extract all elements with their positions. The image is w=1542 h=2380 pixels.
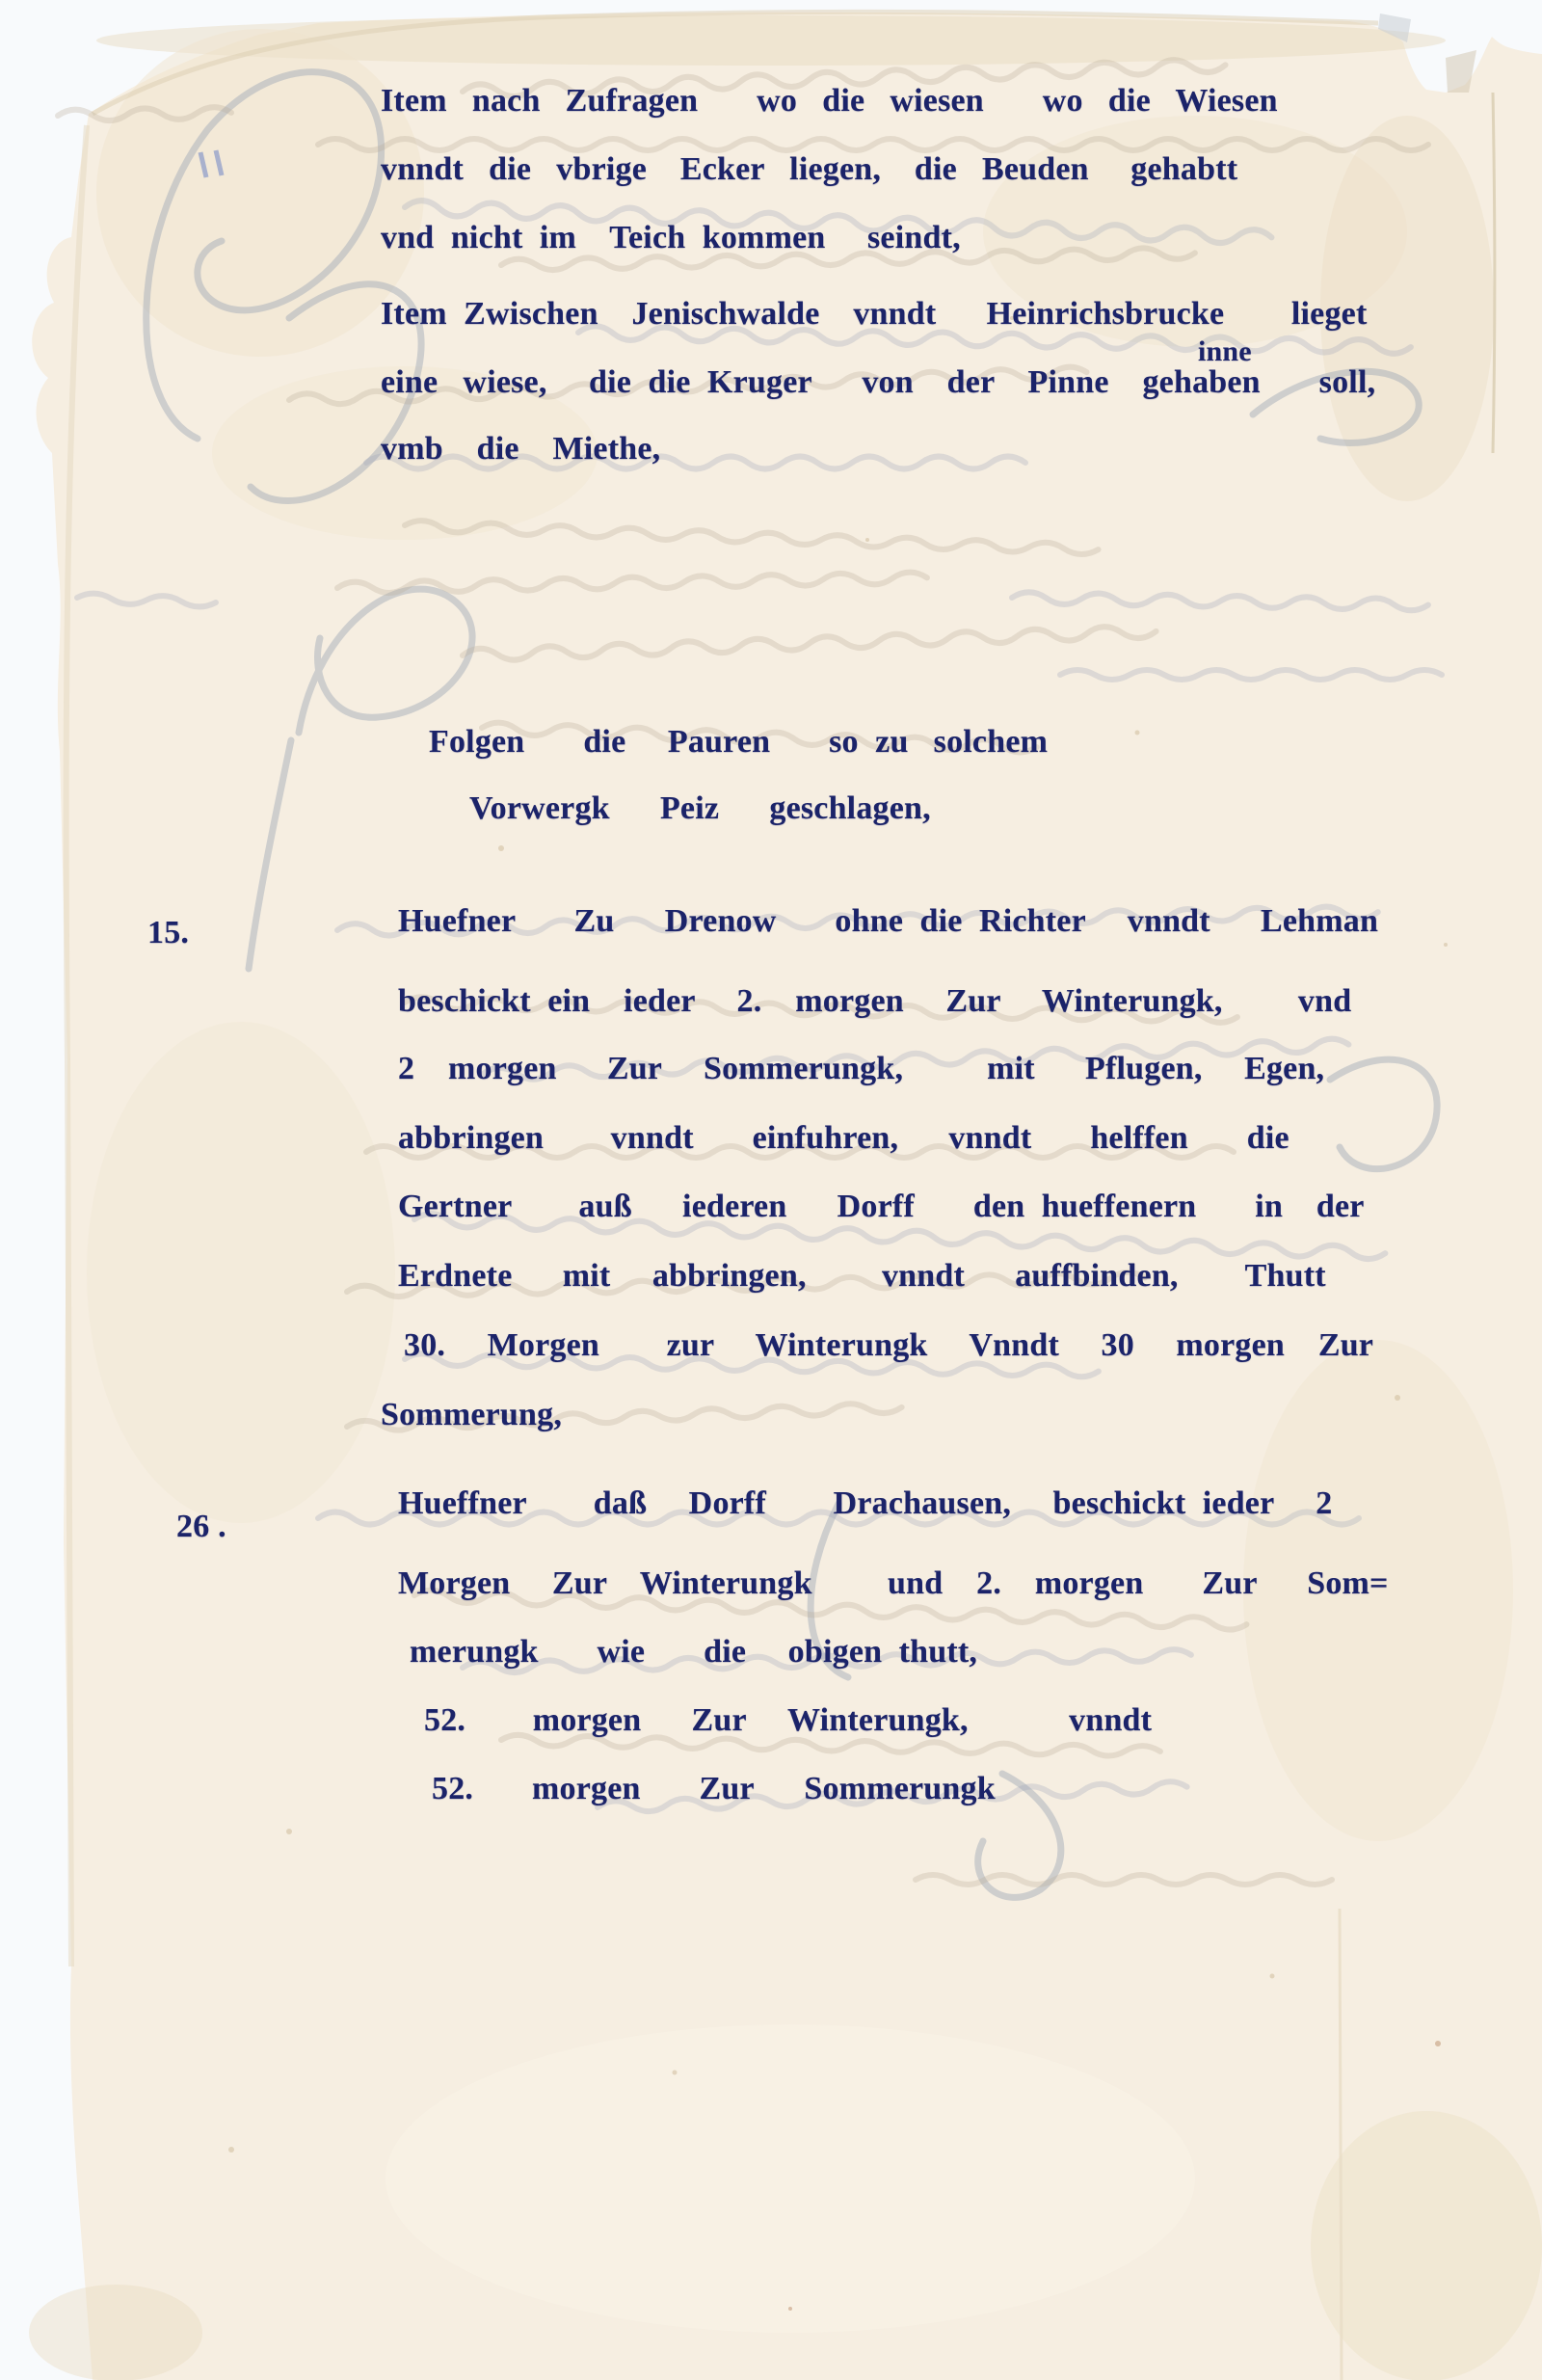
text-line: Erdnete mit abbringen, vnndt auffbinden,…	[398, 1257, 1326, 1296]
text-line: vnndt die vbrige Ecker liegen, die Beude…	[381, 150, 1237, 189]
text-line: 30. Morgen zur Winterungk Vnndt 30 morge…	[404, 1326, 1373, 1365]
text-line: Morgen Zur Winterungk und 2. morgen Zur …	[398, 1564, 1389, 1603]
text-line: 52. morgen Zur Sommerungk	[432, 1770, 996, 1808]
text-line: 2 morgen Zur Sommerungk, mit Pflugen, Eg…	[398, 1050, 1324, 1088]
text-line: abbringen vnndt einfuhren, vnndt helffen…	[398, 1119, 1289, 1158]
text-line: Item nach Zufragen wo die wiesen wo die …	[381, 82, 1278, 120]
entry-number: 15.	[147, 914, 189, 952]
entry-number: 26 .	[176, 1508, 226, 1546]
text-line: beschickt ein ieder 2. morgen Zur Winter…	[398, 982, 1351, 1021]
text-line: eine wiese, die die Kruger von der Pinne…	[381, 363, 1375, 402]
transcription-layer: Item nach Zufragen wo die wiesen wo die …	[0, 0, 1542, 2380]
text-line: vnd nicht im Teich kommen seindt,	[381, 219, 961, 257]
text-line: Hueffner daß Dorff Drachausen, beschickt…	[398, 1484, 1332, 1523]
text-line: Item Zwischen Jenischwalde vnndt Heinric…	[381, 295, 1367, 334]
scanned-manuscript-page: Item nach Zufragen wo die wiesen wo die …	[0, 0, 1542, 2380]
text-line: Huefner Zu Drenow ohne die Richter vnndt…	[398, 902, 1378, 941]
text-line: Sommerung,	[381, 1396, 562, 1434]
text-line: merungk wie die obigen thutt,	[410, 1633, 977, 1671]
section-heading-line: Vorwergk Peiz geschlagen,	[469, 789, 931, 828]
text-line: Gertner auß iederen Dorff den hueffenern…	[398, 1188, 1365, 1226]
section-heading-line: Folgen die Pauren so zu solchem	[429, 723, 1048, 762]
text-line: vmb die Miethe,	[381, 430, 660, 468]
text-line: 52. morgen Zur Winterungk, vnndt	[424, 1701, 1152, 1740]
